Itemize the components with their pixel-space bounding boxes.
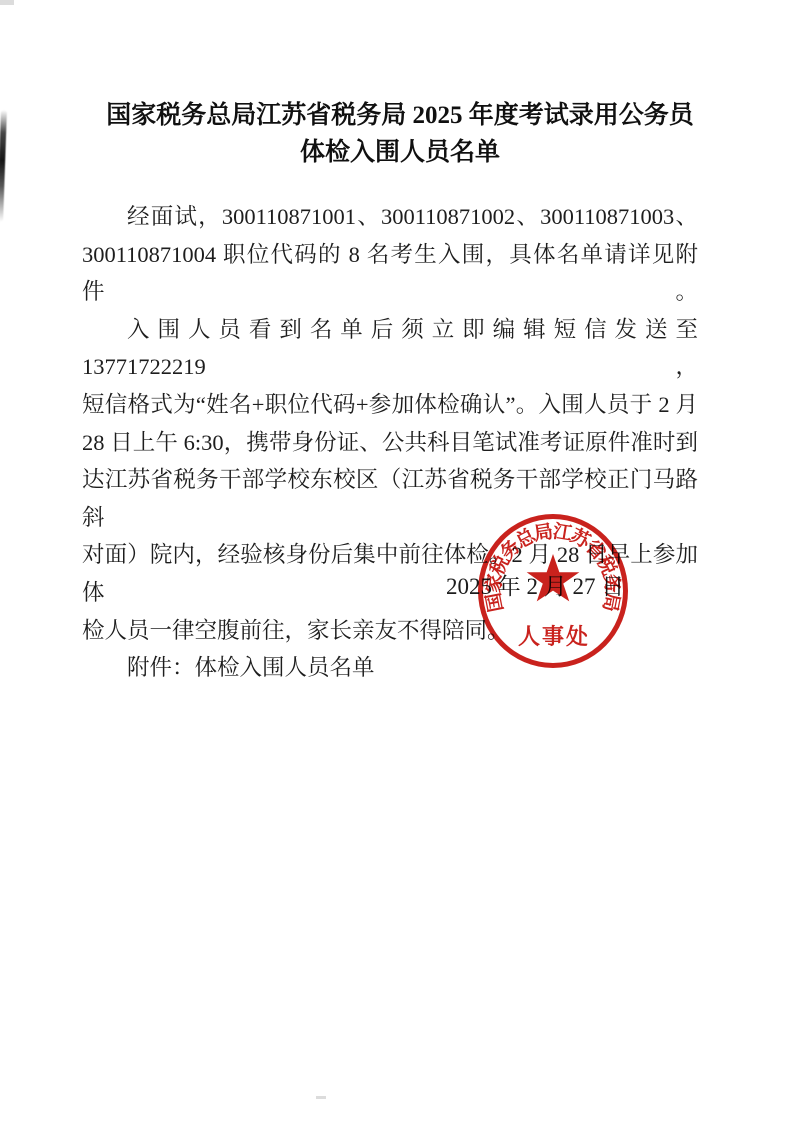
title-line-1: 国家税务总局江苏省税务局 2025 年度考试录用公务员	[0, 97, 800, 134]
seal-department: 人事处	[478, 620, 628, 651]
body-line: 经面试，300110871001、300110871002、3001108710…	[82, 198, 698, 236]
body-line: 入围人员看到名单后须立即编辑短信发送至 13771722219，	[82, 311, 698, 386]
scan-smudge-bottom	[316, 1096, 326, 1099]
document-title: 国家税务总局江苏省税务局 2025 年度考试录用公务员 体检入围人员名单	[0, 97, 800, 171]
body-line: 28 日上午 6:30，携带身份证、公共科目笔试准考证原件准时到	[82, 424, 698, 462]
body-line: 短信格式为“姓名+职位代码+参加体检确认”。入围人员于 2 月	[82, 386, 698, 424]
body-line: 300110871004 职位代码的 8 名考生入围，具体名单请详见附件。	[82, 236, 698, 311]
official-seal: 国家税务总局江苏省税务局 人事处	[478, 514, 628, 668]
scan-smudge-top-left	[0, 0, 14, 5]
title-line-2: 体检入围人员名单	[0, 134, 800, 171]
document-page: 国家税务总局江苏省税务局 2025 年度考试录用公务员 体检入围人员名单 经面试…	[0, 0, 800, 1141]
